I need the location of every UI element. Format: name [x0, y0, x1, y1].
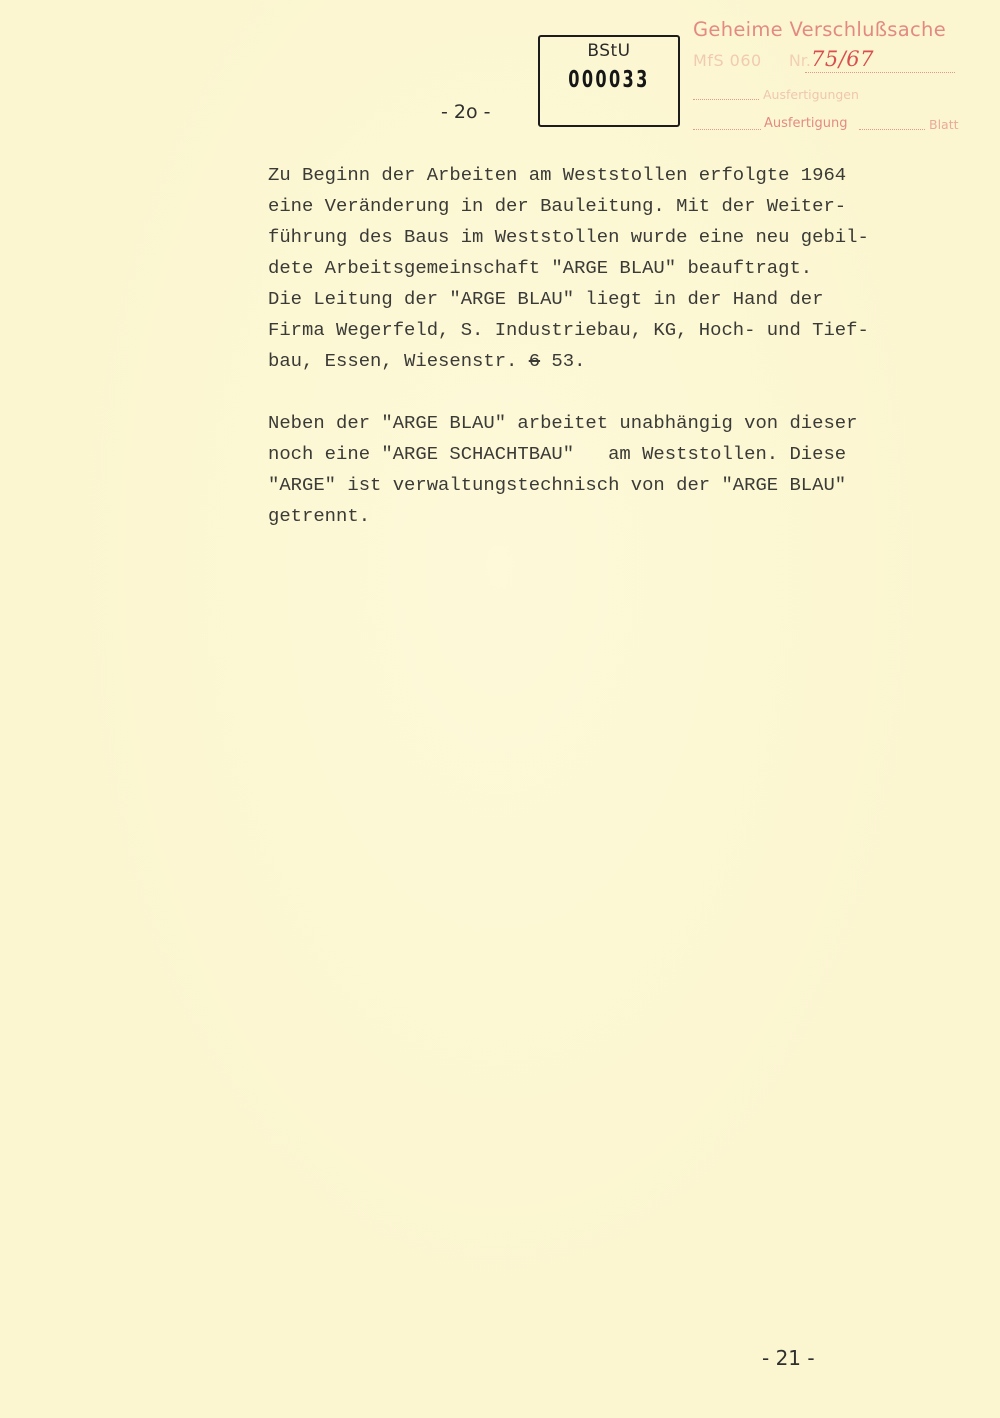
text-line: dete Arbeitsgemeinschaft "ARGE BLAU" bea…	[268, 253, 968, 284]
text-line: führung des Baus im Weststollen wurde ei…	[268, 222, 968, 253]
document-page: BStU 000033 Geheime Verschlußsache MfS 0…	[0, 0, 1000, 1418]
registry-nr-label: Nr.	[789, 51, 811, 70]
copies-dotted-line	[693, 99, 759, 100]
copies-label: Ausfertigungen	[763, 87, 859, 102]
registry-prefix: MfS 060	[693, 51, 762, 70]
text-line: Neben der "ARGE BLAU" arbeitet unabhängi…	[268, 408, 968, 439]
page-number-bottom: - 21 -	[762, 1346, 815, 1370]
registry-dotted-line	[805, 72, 955, 73]
paragraph-2: Neben der "ARGE BLAU" arbeitet unabhängi…	[268, 408, 968, 532]
registry-number: 75/67	[811, 47, 874, 71]
page-number-top: - 2o -	[441, 101, 491, 123]
text-line: Zu Beginn der Arbeiten am Weststollen er…	[268, 160, 968, 191]
bstu-label: BStU	[540, 41, 678, 61]
text-segment: bau, Essen, Wiesenstr.	[268, 350, 529, 372]
text-line: getrennt.	[268, 501, 968, 532]
paragraph-1: Zu Beginn der Arbeiten am Weststollen er…	[268, 160, 968, 377]
text-line: eine Veränderung in der Bauleitung. Mit …	[268, 191, 968, 222]
body-text: Zu Beginn der Arbeiten am Weststollen er…	[268, 160, 968, 563]
copy-dotted-line	[693, 129, 761, 130]
bstu-archive-stamp: BStU 000033	[538, 35, 680, 127]
classification-title: Geheime Verschlußsache	[693, 18, 946, 41]
bstu-page-number: 000033	[555, 67, 663, 93]
sheet-dotted-line	[859, 129, 925, 130]
text-line: noch eine "ARGE SCHACHTBAU" am Weststoll…	[268, 439, 968, 470]
text-segment: 53.	[540, 350, 585, 372]
classification-stamp: Geheime Verschlußsache MfS 060 Nr. 75/67…	[693, 18, 993, 143]
text-line: Firma Wegerfeld, S. Industriebau, KG, Ho…	[268, 315, 968, 346]
sheet-label: Blatt	[929, 117, 959, 132]
registry-row: MfS 060 Nr. 75/67	[693, 51, 955, 75]
struck-out-character: 6	[529, 350, 540, 372]
text-line-with-correction: bau, Essen, Wiesenstr. 6 53.	[268, 346, 968, 377]
copy-label: Ausfertigung	[764, 116, 848, 131]
text-line: "ARGE" ist verwaltungstechnisch von der …	[268, 470, 968, 501]
text-line: Die Leitung der "ARGE BLAU" liegt in der…	[268, 284, 968, 315]
